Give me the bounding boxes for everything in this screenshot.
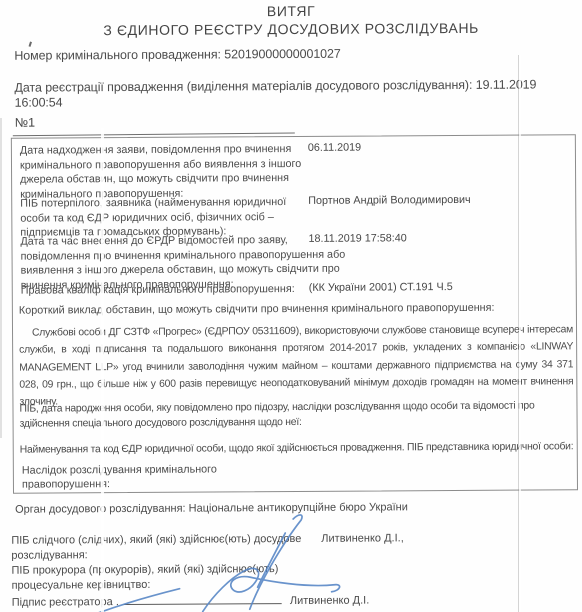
investigator-row: ПІБ слідчого (слідчих), який (які) здійс… bbox=[11, 532, 323, 563]
record-number: №1 bbox=[15, 116, 35, 130]
authority-line: Орган досудового розслідування: Націонал… bbox=[15, 500, 408, 517]
registration-time: 16:00:54 bbox=[15, 95, 63, 109]
investigator-value: Литвиненко Д.І., bbox=[321, 531, 404, 546]
prosecutor-row: ПІБ прокурора (прокурорів), який (які) з… bbox=[11, 562, 293, 593]
scanned-document-page: ВИТЯГ З ЄДИНОГО РЕЄСТРУ ДОСУДОВИХ РОЗСЛІ… bbox=[0, 0, 582, 612]
scan-edge-smudge bbox=[0, 118, 2, 438]
prosecutor-label: ПІБ прокурора (прокурорів), який (які) з… bbox=[11, 562, 293, 593]
legal-entity-row: Найменування та код ЄДР юридичної особи,… bbox=[20, 439, 582, 457]
registrar-value: Литвиненко Д.І. bbox=[290, 595, 369, 607]
document-title: ВИТЯГ bbox=[0, 1, 582, 21]
document-subtitle: З ЄДИНОГО РЕЄСТРУ ДОСУДОВИХ РОЗСЛІДУВАНЬ bbox=[0, 19, 582, 39]
table-row-legal-qualification: Правова кваліфікація кримінального право… bbox=[21, 282, 303, 298]
outcome-row: Наслідок розслідування кримінального пра… bbox=[22, 463, 260, 491]
table-row-date-received: Дата надходження заяви, повідомлення про… bbox=[20, 142, 302, 202]
scan-crease-right-line bbox=[518, 55, 519, 612]
scan-crease-left bbox=[101, 128, 104, 612]
registrar-row: Підпис реєстратора .Литвиненко Д.І. bbox=[12, 593, 370, 611]
row-value: 18.11.2019 17:58:40 bbox=[308, 232, 406, 245]
row-value: (КК України 2001) СТ.191 Ч.5 bbox=[309, 281, 453, 294]
case-number-line: Номер кримінального провадження: 5201900… bbox=[14, 47, 340, 63]
scan-artifact-mark bbox=[29, 41, 32, 46]
row-value: 06.11.2019 bbox=[308, 142, 361, 154]
row-label: Дата надходження заяви, повідомлення про… bbox=[20, 142, 302, 202]
investigator-label: ПІБ слідчого (слідчих), який (які) здійс… bbox=[11, 532, 323, 563]
extract-table: Дата надходження заяви, повідомлення про… bbox=[11, 134, 578, 493]
scan-crease-right bbox=[519, 55, 521, 612]
signature-line bbox=[124, 593, 282, 605]
row-label: Правова кваліфікація кримінального право… bbox=[21, 282, 303, 298]
row-label: Наслідок розслідування кримінального пра… bbox=[22, 463, 260, 491]
registration-date-line: Дата реєстрації провадження (виділення м… bbox=[14, 78, 536, 95]
row-value: Портнов Андрій Володимирович bbox=[308, 194, 471, 207]
